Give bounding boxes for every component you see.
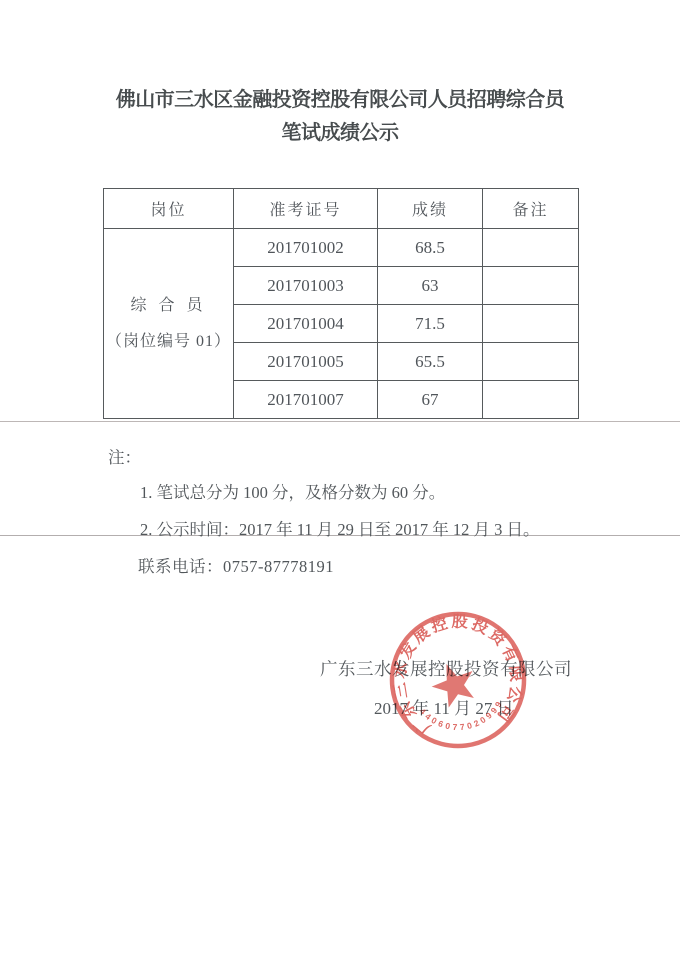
score-table: 岗位 准考证号 成绩 备注 综 合 员 （岗位编号 01） 201701002 …: [103, 188, 579, 419]
exam-id-cell: 201701004: [234, 305, 378, 343]
scan-fold-line: [0, 421, 680, 422]
post-name: 综 合 员: [104, 294, 233, 318]
score-cell: 68.5: [378, 229, 483, 267]
exam-id-cell: 201701002: [234, 229, 378, 267]
table-header-row: 岗位 准考证号 成绩 备注: [104, 189, 579, 229]
score-cell: 65.5: [378, 343, 483, 381]
note-item-2: 2. 公示时间：2017 年 11 月 29 日至 2017 年 12 月 3 …: [140, 516, 540, 540]
title-line-1: 佛山市三水区金融投资控股有限公司人员招聘综合员: [0, 84, 680, 117]
remark-cell: [483, 381, 579, 419]
remark-cell: [483, 229, 579, 267]
exam-id-cell: 201701007: [234, 381, 378, 419]
document-title: 佛山市三水区金融投资控股有限公司人员招聘综合员 笔试成绩公示: [0, 84, 680, 150]
exam-id-cell: 201701003: [234, 267, 378, 305]
remark-cell: [483, 343, 579, 381]
header-score: 成绩: [378, 189, 483, 229]
post-cell: 综 合 员 （岗位编号 01）: [104, 229, 234, 419]
notes-label: 注：: [108, 444, 141, 468]
note-item-1: 1. 笔试总分为 100 分，及格分数为 60 分。: [140, 479, 445, 503]
header-post: 岗位: [104, 189, 234, 229]
seal-star-icon: [426, 656, 482, 711]
table-row: 综 合 员 （岗位编号 01） 201701002 68.5: [104, 229, 579, 267]
header-remark: 备注: [483, 189, 579, 229]
score-cell: 71.5: [378, 305, 483, 343]
score-cell: 67: [378, 381, 483, 419]
score-cell: 63: [378, 267, 483, 305]
seal-serial-number: 4406077020999: [417, 696, 508, 737]
scanned-document-page: 佛山市三水区金融投资控股有限公司人员招聘综合员 笔试成绩公示 岗位 准考证号 成…: [0, 0, 680, 962]
post-code-label: （岗位编号 01）: [104, 330, 233, 354]
title-line-2: 笔试成绩公示: [0, 117, 680, 150]
header-exam-id: 准考证号: [234, 189, 378, 229]
company-seal-stamp: 广东三水发展控股投资有限公司 4406077020999: [378, 600, 538, 760]
exam-id-cell: 201701005: [234, 343, 378, 381]
seal-ring-text-path: 广东三水发展控股投资有限公司: [383, 604, 532, 742]
seal-ring-text: 广东三水发展控股投资有限公司: [383, 604, 532, 742]
remark-cell: [483, 267, 579, 305]
contact-phone: 联系电话：0757-87778191: [138, 553, 334, 577]
remark-cell: [483, 305, 579, 343]
seal-serial-text-path: 4406077020999: [417, 696, 508, 737]
